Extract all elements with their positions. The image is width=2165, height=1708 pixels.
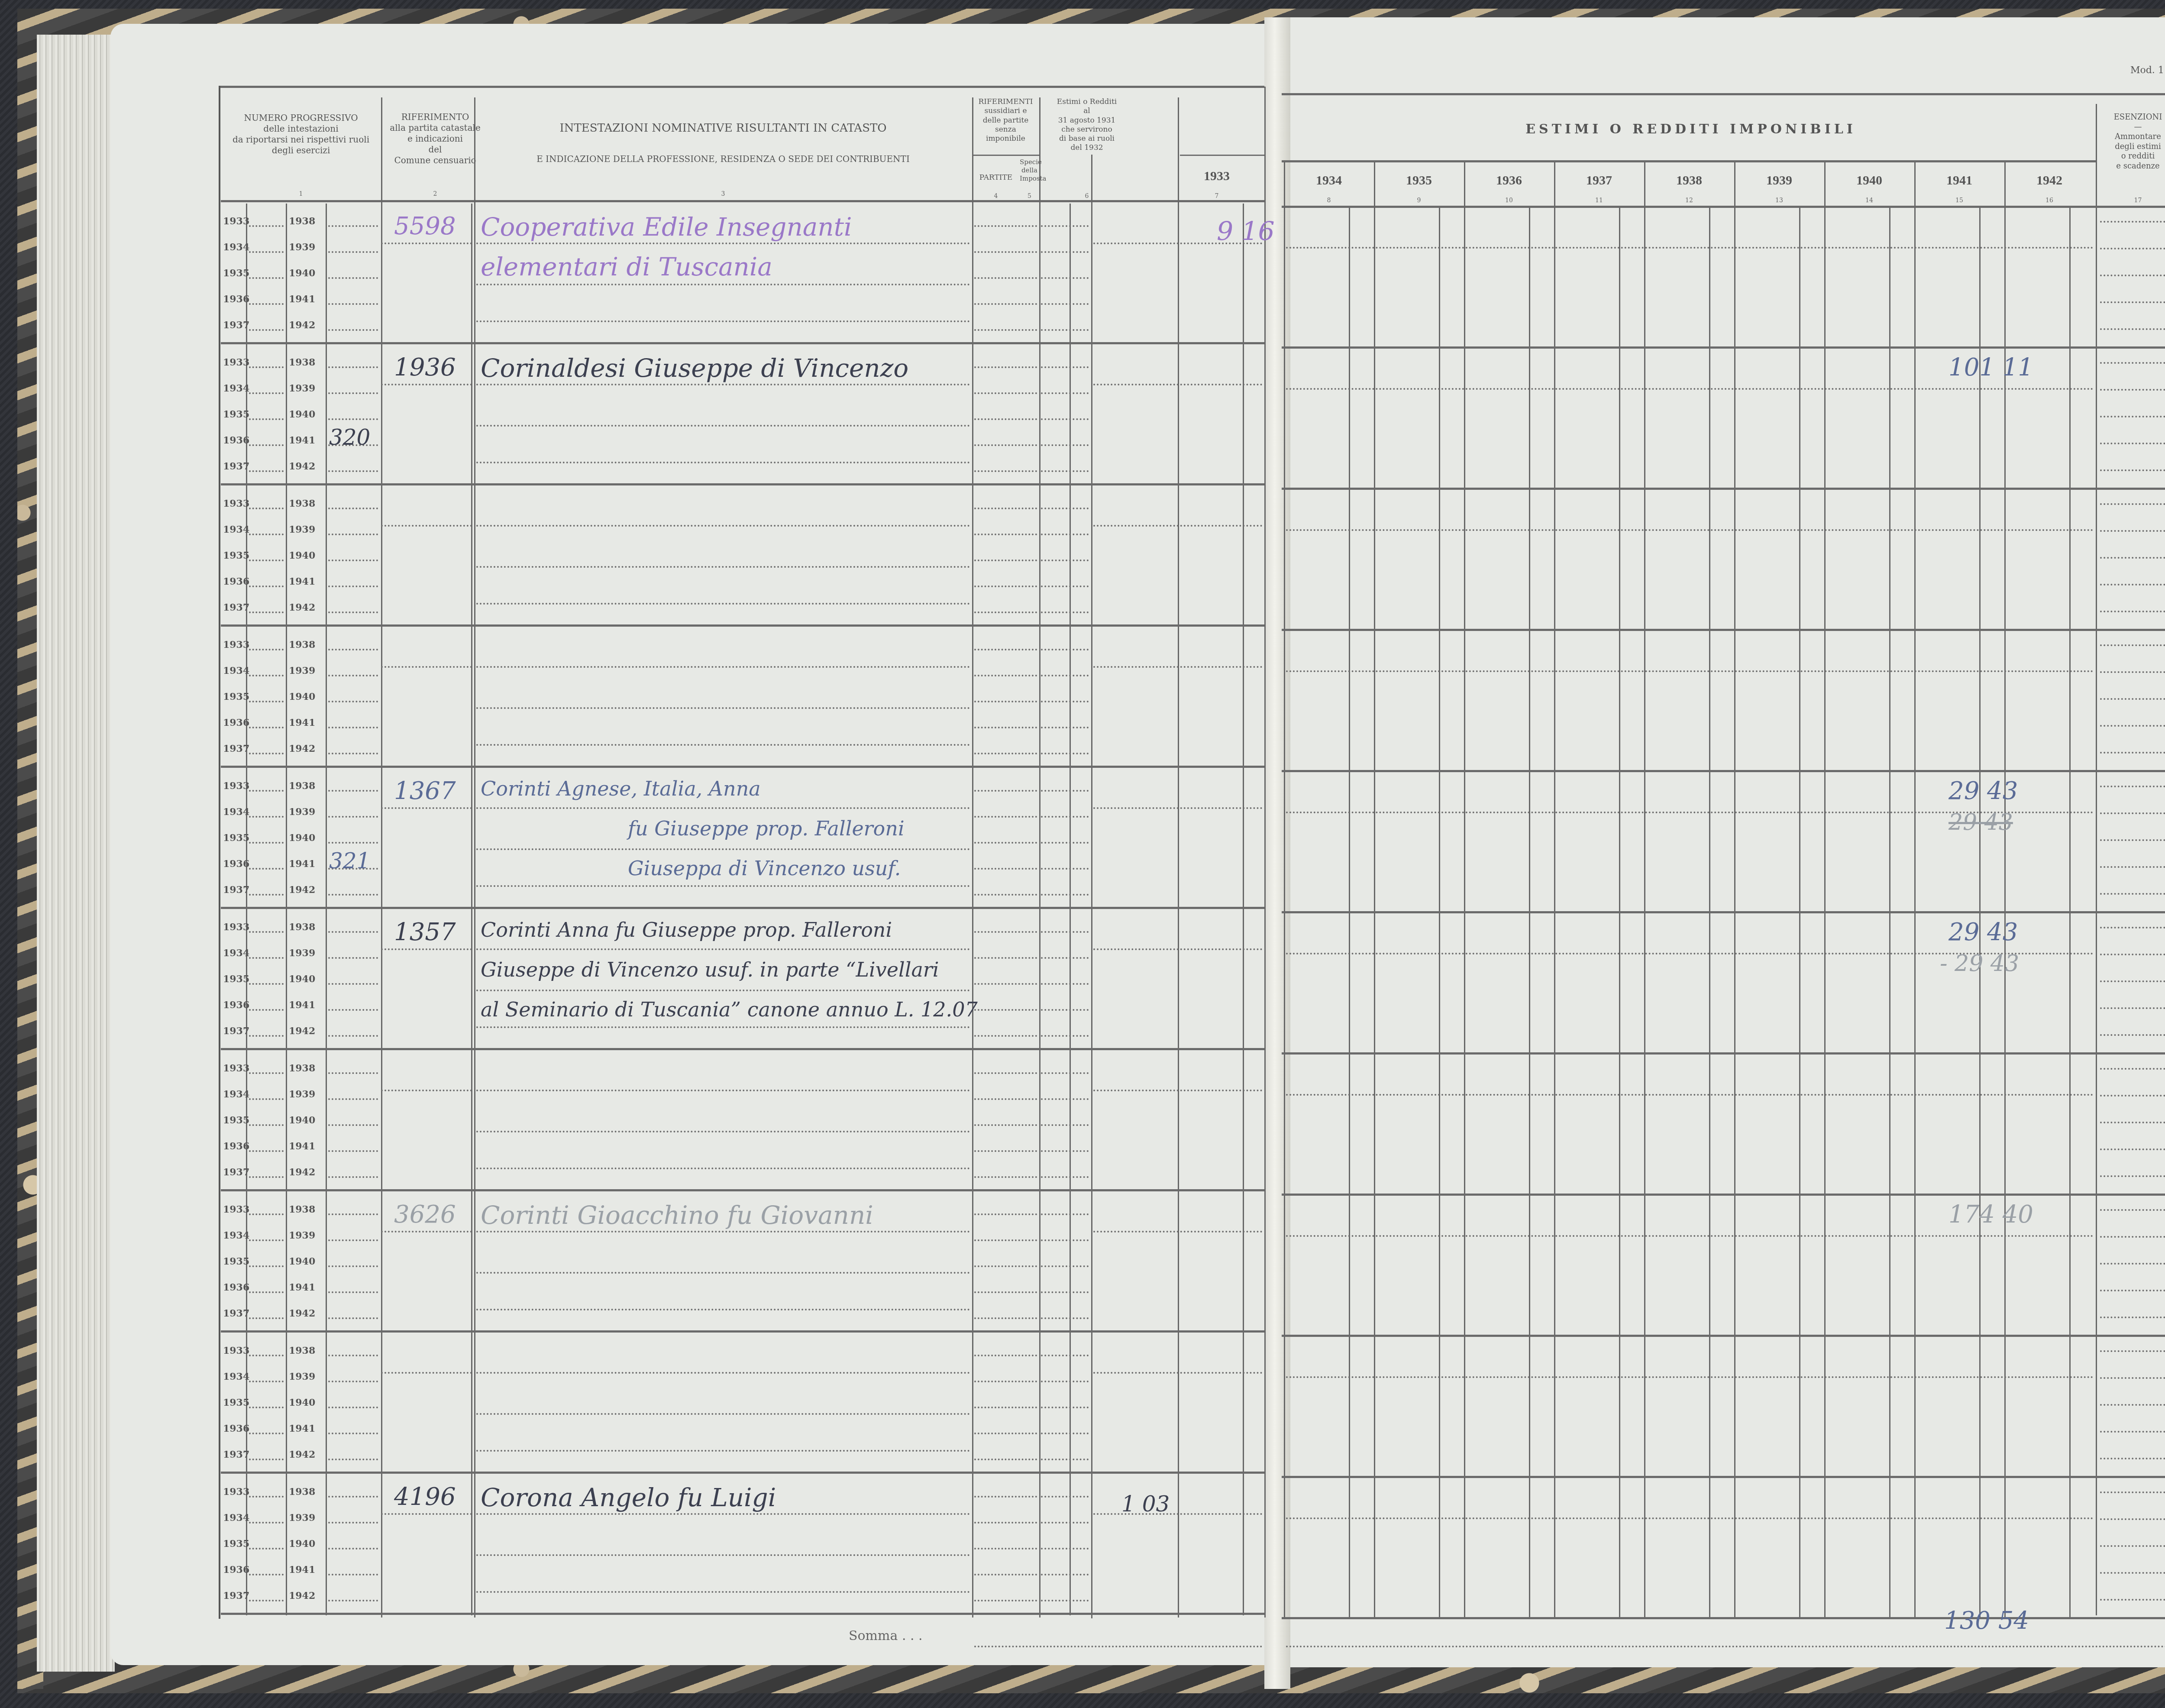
dotted-line xyxy=(476,990,970,991)
dotted-line xyxy=(2100,362,2165,364)
header-col1-title: NUMERO PROGRESSIVO xyxy=(221,113,381,123)
year-label-left: 1937 xyxy=(223,602,249,613)
partita-number: 3626 xyxy=(394,1200,456,1229)
year-label-left: 1933 xyxy=(223,639,249,650)
dotted-line xyxy=(1286,388,2094,390)
row-separator xyxy=(1282,1617,2165,1619)
dotted-line xyxy=(249,868,284,870)
dotted-line xyxy=(1041,611,1089,613)
year-column-line xyxy=(1464,162,1465,1617)
dotted-line xyxy=(1093,807,1262,809)
dotted-line xyxy=(328,1600,378,1601)
header-col7-year: 1933 xyxy=(1180,169,1254,184)
year-label-right: 1942 xyxy=(289,320,315,331)
row-separator xyxy=(221,907,1264,909)
dotted-line xyxy=(974,701,1037,702)
year-label-right: 1938 xyxy=(289,639,315,650)
row-separator xyxy=(221,1330,1264,1333)
year-header-1934: 1934 xyxy=(1284,173,1374,188)
dotted-line xyxy=(1041,303,1089,305)
column-number: 14 xyxy=(1824,197,1914,204)
year-label-left: 1935 xyxy=(223,550,249,561)
dotted-line xyxy=(974,790,1037,792)
dotted-line xyxy=(1041,392,1089,394)
header-col6-line: di base ai ruoli xyxy=(1048,134,1126,143)
esenzioni-line: e scadenze xyxy=(2098,162,2165,171)
year-label-left: 1933 xyxy=(223,1345,249,1356)
dotted-line xyxy=(381,243,472,244)
dotted-line xyxy=(1041,1239,1089,1241)
header-col45-line: sussidiari e delle partite xyxy=(974,107,1037,125)
row-separator xyxy=(1282,1335,2165,1337)
taxpayer-name-line: Giuseppa di Vincenzo usuf. xyxy=(628,857,901,880)
year-label-right: 1939 xyxy=(289,1371,315,1382)
right-page xyxy=(1277,17,2165,1667)
dotted-line xyxy=(974,931,1037,933)
dotted-line xyxy=(328,1124,378,1126)
dotted-line xyxy=(249,1522,284,1524)
dotted-line xyxy=(2100,248,2165,249)
column-number: 10 xyxy=(1464,197,1554,204)
dotted-line xyxy=(974,303,1037,305)
dotted-line xyxy=(249,842,284,844)
taxpayer-name-line: Corinti Agnese, Italia, Anna xyxy=(481,777,761,800)
header-col45-line: senza imponibile xyxy=(974,125,1037,144)
dotted-line xyxy=(476,284,970,285)
dotted-line xyxy=(249,1265,284,1267)
dotted-line xyxy=(249,1407,284,1408)
taxpayer-name-line: al Seminario di Tuscania” canone annuo L… xyxy=(481,998,978,1021)
dotted-line xyxy=(249,1124,284,1126)
dotted-line xyxy=(249,931,284,933)
dotted-line xyxy=(1286,529,2094,531)
partita-number: 4196 xyxy=(394,1483,456,1511)
dotted-line xyxy=(249,1072,284,1074)
year-label-left: 1936 xyxy=(223,294,249,305)
dotted-line xyxy=(2100,1458,2165,1459)
dotted-line xyxy=(476,948,970,950)
dotted-line xyxy=(476,807,970,809)
row-separator xyxy=(221,1189,1264,1191)
year-column-line xyxy=(1914,162,1916,1617)
dotted-line xyxy=(328,392,378,394)
year-label-left: 1937 xyxy=(223,1308,249,1319)
dotted-line xyxy=(328,1317,378,1319)
dotted-line xyxy=(2100,866,2165,868)
column-number: 1 xyxy=(221,191,381,197)
dotted-line xyxy=(2100,557,2165,559)
dotted-line xyxy=(249,1574,284,1575)
year-label-right: 1940 xyxy=(289,691,315,702)
dotted-line xyxy=(2100,1034,2165,1036)
header-col5: Specie della Imposta xyxy=(1020,158,1039,182)
dotted-line xyxy=(476,744,970,746)
dotted-line xyxy=(2100,1175,2165,1177)
dotted-line xyxy=(381,1513,472,1515)
dotted-line xyxy=(328,649,378,650)
dotted-line xyxy=(1093,1513,1262,1515)
dotted-line xyxy=(974,251,1037,253)
taxpayer-name-line: Corona Angelo fu Luigi xyxy=(481,1483,776,1512)
year-label-right: 1939 xyxy=(289,1089,315,1100)
year-label-left: 1933 xyxy=(223,1204,249,1215)
column-number: 16 xyxy=(2004,197,2094,204)
dotted-line xyxy=(328,842,378,844)
dotted-line xyxy=(328,790,378,792)
dotted-line xyxy=(249,1098,284,1100)
dotted-line xyxy=(249,983,284,985)
dotted-line xyxy=(974,1239,1037,1241)
year-label-left: 1937 xyxy=(223,1449,249,1460)
year-label-left: 1933 xyxy=(223,922,249,933)
dotted-line xyxy=(2100,1317,2165,1318)
year-label-right: 1940 xyxy=(289,832,315,844)
dotted-line xyxy=(249,1317,284,1319)
form-code: Mod. 111 - Imposte Dirette (Intercalare)… xyxy=(2130,65,2165,76)
dotted-line xyxy=(476,848,970,850)
dotted-line xyxy=(328,1433,378,1434)
dotted-line xyxy=(381,525,472,527)
dotted-line xyxy=(381,948,472,950)
dotted-line xyxy=(974,560,1037,561)
esenzioni-title: ESENZIONI xyxy=(2098,113,2165,123)
dotted-line xyxy=(2100,275,2165,276)
header-col2-title: RIFERIMENTO xyxy=(383,112,487,123)
dotted-line xyxy=(1041,842,1089,844)
dotted-line xyxy=(476,1168,970,1169)
dotted-line xyxy=(328,753,378,754)
row-separator xyxy=(1282,629,2165,631)
dotted-line xyxy=(1041,1433,1089,1434)
dotted-line xyxy=(328,1213,378,1215)
dotted-line xyxy=(476,707,970,709)
dotted-line xyxy=(476,320,970,322)
dotted-line xyxy=(328,1035,378,1037)
header-col3-subtitle: E INDICAZIONE DELLA PROFESSIONE, RESIDEN… xyxy=(476,154,970,165)
year-label-right: 1939 xyxy=(289,524,315,535)
header-col6-line: 31 agosto 1931 xyxy=(1048,116,1126,125)
column-number: 15 xyxy=(1914,197,2004,204)
year-header-1940: 1940 xyxy=(1824,173,1914,188)
dotted-line xyxy=(1041,1009,1089,1011)
year-label-left: 1934 xyxy=(223,1089,249,1100)
dotted-line xyxy=(1093,1372,1262,1374)
value-1941: 101 11 xyxy=(1948,353,2033,382)
dotted-line xyxy=(2100,1290,2165,1291)
dotted-line xyxy=(1041,1574,1089,1575)
dotted-line xyxy=(974,816,1037,818)
dotted-line xyxy=(974,868,1037,870)
dotted-line xyxy=(328,329,378,331)
row-separator xyxy=(221,624,1264,627)
dotted-line xyxy=(249,303,284,305)
taxpayer-name-line: Corinaldesi Giuseppe di Vincenzo xyxy=(481,353,908,383)
dotted-line xyxy=(2100,584,2165,586)
year-label-right: 1941 xyxy=(289,1000,315,1011)
header-col1-line: da riportarsi nei rispettivi ruoli xyxy=(221,134,381,145)
dotted-line xyxy=(249,1035,284,1037)
dotted-line xyxy=(328,957,378,959)
dotted-line xyxy=(1041,251,1089,253)
dotted-line xyxy=(2100,328,2165,330)
dotted-line xyxy=(974,983,1037,985)
dotted-line xyxy=(249,560,284,561)
dotted-line xyxy=(328,1496,378,1498)
row-separator xyxy=(221,766,1264,768)
dotted-line xyxy=(476,603,970,605)
dotted-line xyxy=(249,1600,284,1601)
year-label-right: 1941 xyxy=(289,576,315,587)
header-col6-line: che servirono xyxy=(1048,125,1126,134)
year-label-right: 1941 xyxy=(289,1564,315,1575)
dotted-line xyxy=(1041,1213,1089,1215)
row-separator xyxy=(221,1472,1264,1474)
year-header-1936: 1936 xyxy=(1464,173,1554,188)
dotted-line xyxy=(974,611,1037,613)
header-col45: RIFERIMENTI sussidiari e delle partite s… xyxy=(974,97,1037,143)
year-column-line xyxy=(1824,162,1826,1617)
dotted-line xyxy=(328,816,378,818)
dotted-line xyxy=(1041,560,1089,561)
dotted-line xyxy=(2100,301,2165,303)
dotted-line xyxy=(381,666,472,668)
dotted-line xyxy=(2100,503,2165,505)
year-label-left: 1936 xyxy=(223,717,249,728)
dotted-line xyxy=(974,842,1037,844)
dotted-line xyxy=(974,1072,1037,1074)
dotted-line xyxy=(2100,698,2165,700)
dotted-line xyxy=(328,1072,378,1074)
dotted-line xyxy=(2100,1518,2165,1520)
dotted-line xyxy=(1041,534,1089,535)
year-label-right: 1940 xyxy=(289,550,315,561)
dotted-line xyxy=(249,1009,284,1011)
sum-label: Somma . . . xyxy=(849,1628,923,1643)
header-col2: RIFERIMENTO alla partita catastale e ind… xyxy=(383,112,487,166)
dotted-line xyxy=(2100,416,2165,417)
dotted-line xyxy=(328,470,378,472)
year-header-1938: 1938 xyxy=(1644,173,1734,188)
dotted-line xyxy=(476,1272,970,1274)
year-label-left: 1935 xyxy=(223,974,249,985)
year-label-right: 1942 xyxy=(289,743,315,754)
dotted-line xyxy=(476,566,970,568)
taxpayer-name-line: elementari di Tuscania xyxy=(481,252,772,281)
dotted-line xyxy=(2100,671,2165,673)
dotted-line xyxy=(2100,893,2165,895)
year-label-right: 1938 xyxy=(289,780,315,792)
dotted-line xyxy=(974,1317,1037,1319)
dotted-line xyxy=(2100,1350,2165,1352)
dotted-line xyxy=(476,1231,970,1232)
year-label-right: 1938 xyxy=(289,216,315,227)
dotted-line xyxy=(1041,366,1089,368)
dotted-line xyxy=(2100,980,2165,982)
year-label-right: 1942 xyxy=(289,1167,315,1178)
dotted-line xyxy=(249,1381,284,1382)
dotted-line xyxy=(476,1413,970,1415)
dotted-line xyxy=(1041,727,1089,728)
dotted-line xyxy=(249,611,284,613)
dotted-line xyxy=(249,1213,284,1215)
year-label-right: 1941 xyxy=(289,717,315,728)
dotted-line xyxy=(249,251,284,253)
year-label-left: 1936 xyxy=(223,858,249,870)
dotted-line xyxy=(2100,786,2165,787)
year-label-left: 1937 xyxy=(223,1590,249,1601)
taxpayer-name-line: fu Giuseppe prop. Falleroni xyxy=(628,817,905,840)
dotted-line xyxy=(1286,1376,2094,1378)
progressive-number: 320 xyxy=(329,425,370,450)
dotted-line xyxy=(974,534,1037,535)
dotted-line xyxy=(249,816,284,818)
year-label-right: 1942 xyxy=(289,602,315,613)
dotted-line xyxy=(476,425,970,427)
dotted-line xyxy=(974,753,1037,754)
dotted-line xyxy=(2100,1599,2165,1601)
year-label-left: 1935 xyxy=(223,409,249,420)
header-col3-title: INTESTAZIONI NOMINATIVE RISULTANTI IN CA… xyxy=(476,121,970,136)
dotted-line xyxy=(2100,389,2165,391)
year-label-right: 1939 xyxy=(289,383,315,394)
dotted-line xyxy=(1093,525,1262,527)
dotted-line xyxy=(249,1496,284,1498)
year-header-1935: 1935 xyxy=(1374,173,1464,188)
row-separator xyxy=(221,1613,1264,1615)
dotted-line xyxy=(328,534,378,535)
year-label-left: 1934 xyxy=(223,524,249,535)
dotted-line xyxy=(249,508,284,509)
dotted-line xyxy=(1286,1517,2094,1519)
total-1941: 130 54 xyxy=(1944,1607,2029,1635)
partita-number: 1936 xyxy=(394,353,456,382)
dotted-line xyxy=(974,1407,1037,1408)
year-label-right: 1942 xyxy=(289,461,315,472)
dotted-line xyxy=(2100,1095,2165,1097)
dotted-line xyxy=(1041,790,1089,792)
dotted-line xyxy=(1093,1090,1262,1091)
dotted-line xyxy=(328,701,378,702)
dotted-line xyxy=(476,885,970,887)
dotted-line xyxy=(1041,225,1089,227)
header-col6-line: del 1932 xyxy=(1048,143,1126,152)
dotted-line xyxy=(2100,954,2165,955)
dotted-line xyxy=(249,586,284,587)
dotted-line xyxy=(249,1150,284,1152)
dotted-line xyxy=(249,1176,284,1178)
dotted-line xyxy=(328,727,378,728)
dotted-line xyxy=(974,1355,1037,1356)
dotted-line xyxy=(1041,586,1089,587)
dotted-line xyxy=(249,277,284,279)
dotted-line xyxy=(2100,530,2165,532)
dotted-line xyxy=(974,1213,1037,1215)
year-label-left: 1934 xyxy=(223,1230,249,1241)
dotted-line xyxy=(1041,1600,1089,1601)
dotted-line xyxy=(249,649,284,650)
header-col1: NUMERO PROGRESSIVO delle intestazioni da… xyxy=(221,113,381,156)
dotted-line xyxy=(249,701,284,702)
dotted-line xyxy=(249,534,284,535)
header-esenzioni: ESENZIONI — Ammontare degli estimi o red… xyxy=(2098,113,2165,171)
progressive-number: 321 xyxy=(329,848,370,873)
dotted-line xyxy=(328,894,378,896)
dotted-line xyxy=(328,1381,378,1382)
dotted-line xyxy=(974,470,1037,472)
value-1941: 29 43 xyxy=(1948,918,2018,946)
dotted-line xyxy=(328,1522,378,1524)
dotted-line xyxy=(2100,1068,2165,1070)
dotted-line xyxy=(2100,1148,2165,1150)
dotted-line xyxy=(249,225,284,227)
year-label-left: 1936 xyxy=(223,576,249,587)
page-stack-left xyxy=(37,35,115,1672)
year-label-left: 1935 xyxy=(223,1538,249,1549)
dotted-line xyxy=(2100,611,2165,612)
dotted-line xyxy=(1041,701,1089,702)
dotted-line xyxy=(328,1009,378,1011)
dotted-line xyxy=(328,1291,378,1293)
year-label-left: 1934 xyxy=(223,1512,249,1524)
partita-number: 5598 xyxy=(394,212,456,240)
column-number: 17 xyxy=(2098,197,2165,204)
year-label-right: 1940 xyxy=(289,1397,315,1408)
header-col6: Estimi o Redditi al 31 agosto 1931 che s… xyxy=(1048,97,1126,153)
year-label-left: 1933 xyxy=(223,1486,249,1498)
year-column-line xyxy=(1554,162,1555,1617)
year-label-left: 1935 xyxy=(223,1115,249,1126)
dotted-line xyxy=(328,1098,378,1100)
year-label-right: 1938 xyxy=(289,922,315,933)
value-1941-struck: 29 43 xyxy=(1948,809,2013,835)
dotted-line xyxy=(974,392,1037,394)
dotted-line xyxy=(1041,1355,1089,1356)
dotted-line xyxy=(974,1009,1037,1011)
dotted-line xyxy=(249,753,284,754)
year-label-right: 1939 xyxy=(289,948,315,959)
dotted-line xyxy=(974,1124,1037,1126)
dotted-line xyxy=(1286,1235,2094,1237)
dotted-line xyxy=(974,1433,1037,1434)
dotted-line xyxy=(328,1407,378,1408)
dotted-line xyxy=(249,1433,284,1434)
column-number: 6 xyxy=(1048,193,1126,200)
row-separator xyxy=(1282,911,2165,913)
dotted-line xyxy=(328,1355,378,1356)
column-number: 4 xyxy=(974,193,1018,200)
dotted-line xyxy=(1041,277,1089,279)
dotted-line xyxy=(974,586,1037,587)
row-separator xyxy=(1282,1052,2165,1055)
dotted-line xyxy=(249,790,284,792)
dotted-line xyxy=(974,1176,1037,1178)
dotted-line xyxy=(974,1496,1037,1498)
column-number: 8 xyxy=(1284,197,1374,204)
dotted-line xyxy=(2100,725,2165,727)
year-label-left: 1935 xyxy=(223,1256,249,1267)
dotted-line xyxy=(974,675,1037,676)
year-label-left: 1936 xyxy=(223,1282,249,1293)
dotted-line xyxy=(476,525,970,527)
dotted-line xyxy=(328,1150,378,1152)
dotted-line xyxy=(1041,931,1089,933)
dotted-line xyxy=(1041,753,1089,754)
dotted-line xyxy=(2100,812,2165,814)
dotted-line xyxy=(974,957,1037,959)
esenzioni-dash: — xyxy=(2098,123,2165,133)
year-label-left: 1936 xyxy=(223,1000,249,1011)
header-col2-line: Comune censuario xyxy=(383,155,487,166)
